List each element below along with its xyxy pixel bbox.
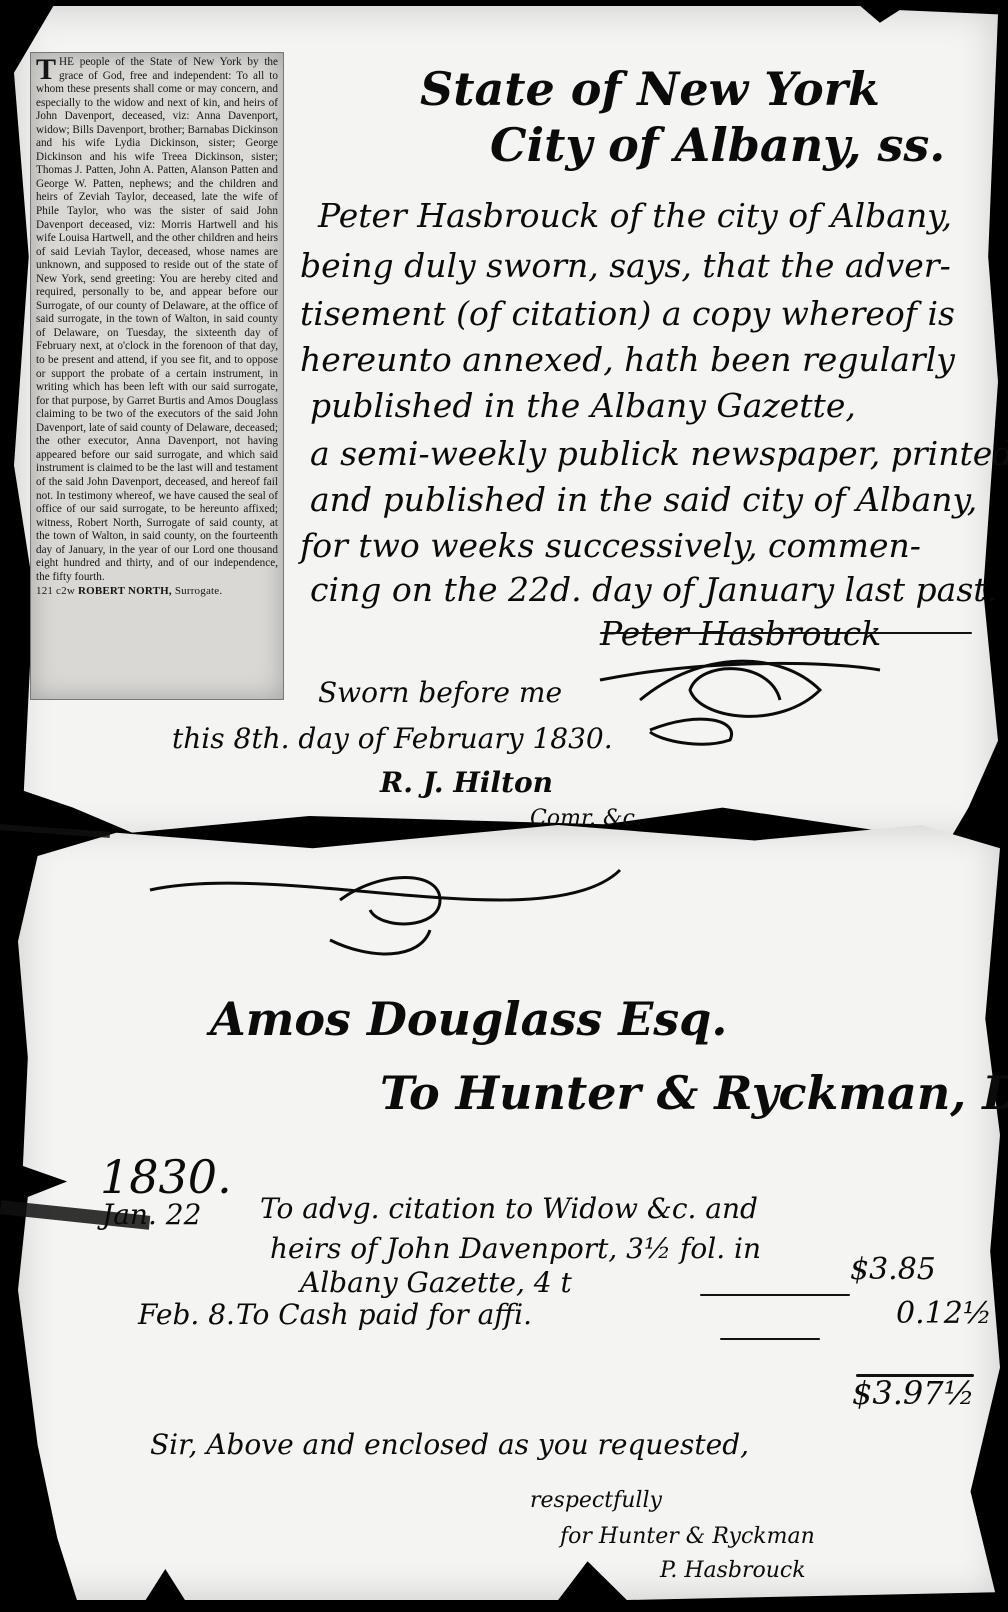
invoice-total: $3.97½ [852,1374,975,1412]
signature-underline [600,632,972,634]
affidavit-line: a semi-weekly publick newspaper, printed [310,434,1008,473]
affidavit-line: tisement (of citation) a copy whereof is [300,294,955,333]
entry-leader-line [720,1338,820,1340]
entry-description: heirs of John Davenport, 3½ fol. in [270,1232,761,1265]
affidavit-heading-city: City of Albany, ss. [490,118,945,172]
entry-amount: 0.12½ [896,1296,992,1331]
affidavit-line: for two weeks successively, commen- [300,526,921,565]
invoice-creditor: To Hunter & Ryckman, Dr. [380,1066,1008,1120]
commissioner-title: Comr. &c. [530,806,642,831]
affidavit-line: cing on the 22d. day of January last pas… [310,570,997,609]
clipping-signoff-title: Surrogate. [175,585,223,597]
newspaper-clipping: T HE people of the State of New York by … [30,52,284,700]
clipping-signoff-name: ROBERT NORTH, [78,585,172,597]
separator-flourish-icon [140,860,640,970]
invoice-addressee: Amos Douglass Esq. [210,992,727,1046]
affidavit-heading-state: State of New York [420,62,880,116]
entry-leader-line [700,1294,850,1296]
closing-firm: for Hunter & Ryckman [560,1524,815,1549]
affidavit-line: being duly sworn, says, that the adver- [300,246,951,285]
entry-description: To advg. citation to Widow &c. and [260,1192,758,1225]
entry-description: Albany Gazette, 4 t [300,1266,572,1299]
clipping-heading: HE people of the State of New York [59,56,242,68]
clipping-dropcap: T [36,57,56,83]
commissioner-signature: R. J. Hilton [380,766,553,799]
entry-description: To Cash paid for affi. [236,1298,532,1331]
clipping-signoff: 121 c2w ROBERT NORTH, Surrogate. [36,585,278,599]
torn-edge [0,824,110,838]
sworn-line: Sworn before me [318,676,562,709]
clipping-signoff-code: 121 c2w [36,585,75,597]
affidavit-line: Peter Hasbrouck of the city of Albany, [318,196,952,235]
affidavit-line: published in the Albany Gazette, [310,386,856,425]
affidavit-line: hereunto annexed, hath been regularly [300,340,955,379]
clipping-body: by the grace of God, free and independen… [36,56,278,583]
closing-signature: P. Hasbrouck [660,1558,806,1583]
closing-respectfully: respectfully [530,1488,662,1513]
invoice-year: 1830. [100,1150,232,1204]
sworn-date-line: this 8th. day of February 1830. [172,722,613,755]
signature-flourish-icon [580,640,910,750]
entry-date: Jan. 22 [102,1198,201,1231]
entry-amount: $3.85 [850,1252,936,1287]
entry-date: Feb. 8. [138,1298,235,1331]
closing-line: Sir, Above and enclosed as you requested… [150,1428,749,1461]
affidavit-line: and published in the said city of Albany… [310,480,977,519]
